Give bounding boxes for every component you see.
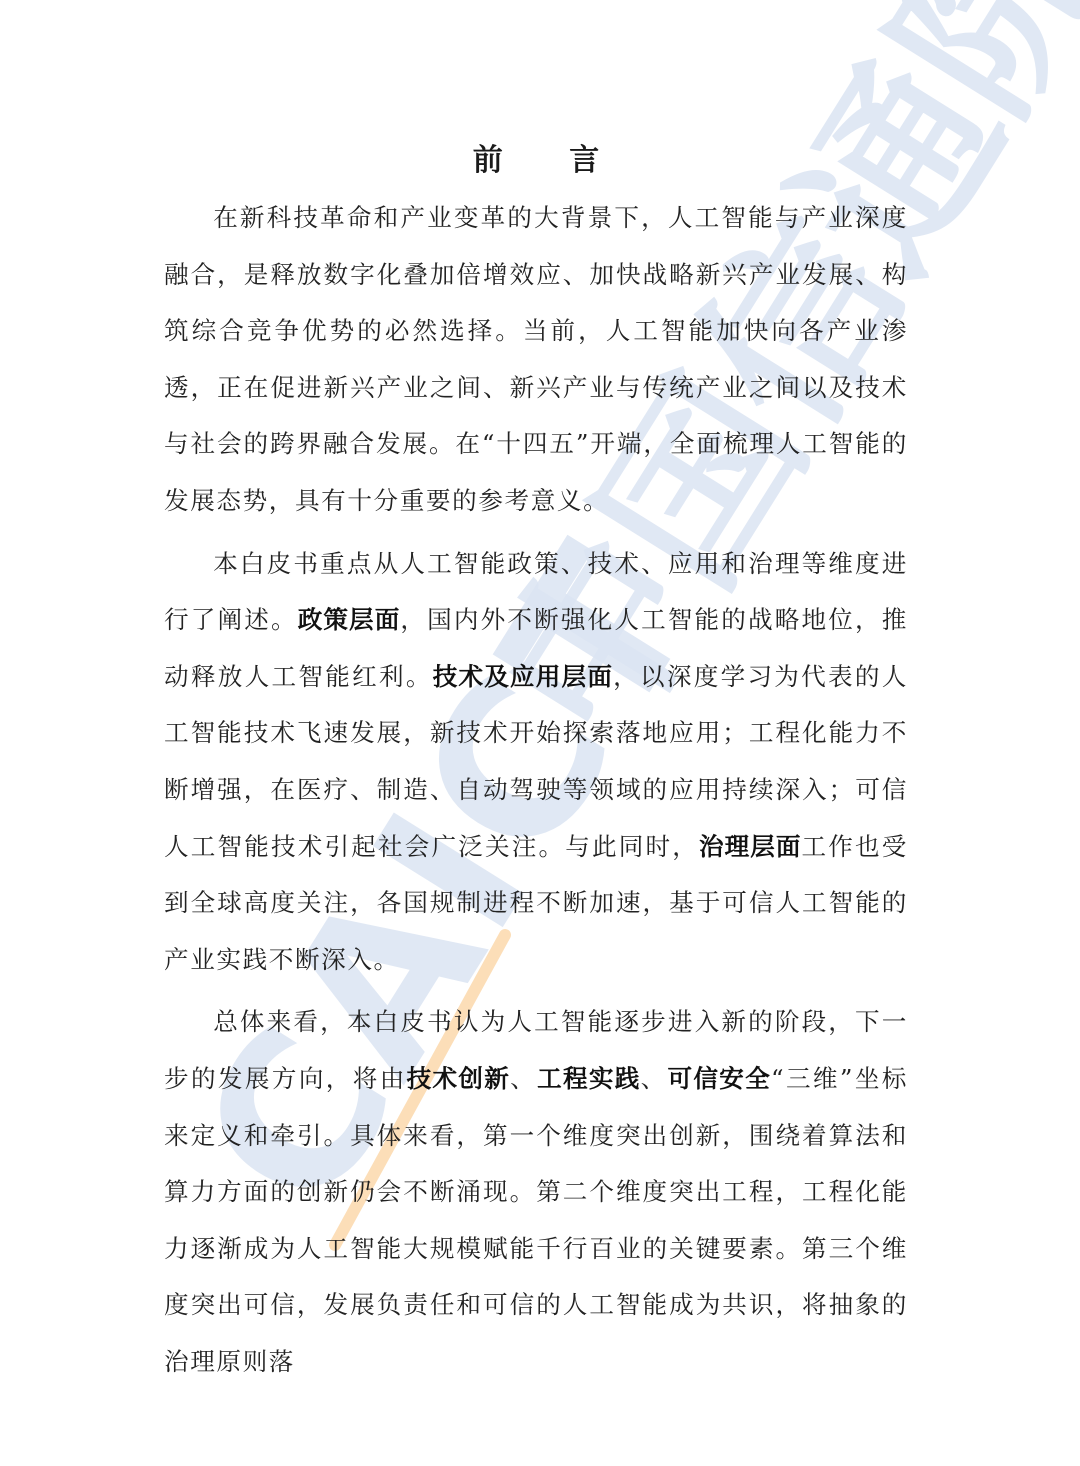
- page-title: 前 言: [192, 140, 908, 182]
- paragraph-intro: 在新科技革命和产业变革的大背景下，人工智能与产业深度融合，是释放数字化叠加倍增效…: [164, 190, 908, 530]
- bold-term-policy: 政策层面: [298, 605, 401, 634]
- bold-term-governance: 治理层面: [699, 832, 802, 861]
- paragraph-overview: 本白皮书重点从人工智能政策、技术、应用和治理等维度进行了阐述。政策层面，国内外不…: [164, 536, 908, 989]
- paragraph-text: “三维”坐标来定义和牵引。具体来看，第一个维度突出创新，围绕着算法和算力方面的创…: [164, 1064, 908, 1376]
- document-page: 前 言 在新科技革命和产业变革的大背景下，人工智能与产业深度融合，是释放数字化叠…: [164, 140, 908, 1396]
- paragraph-summary: 总体来看，本白皮书认为人工智能逐步进入新的阶段，下一步的发展方向，将由技术创新、…: [164, 994, 908, 1390]
- paragraph-text: 在新科技革命和产业变革的大背景下，人工智能与产业深度融合，是释放数字化叠加倍增效…: [164, 203, 908, 515]
- bold-term-engineering-practice: 工程实践: [537, 1064, 640, 1093]
- bold-term-tech-innovation: 技术创新: [407, 1064, 510, 1093]
- bold-term-tech-application: 技术及应用层面: [433, 662, 613, 691]
- bold-term-trustworthy-security: 可信安全: [668, 1064, 771, 1093]
- paragraph-text: 、: [510, 1064, 537, 1093]
- paragraph-text: 、: [641, 1064, 668, 1093]
